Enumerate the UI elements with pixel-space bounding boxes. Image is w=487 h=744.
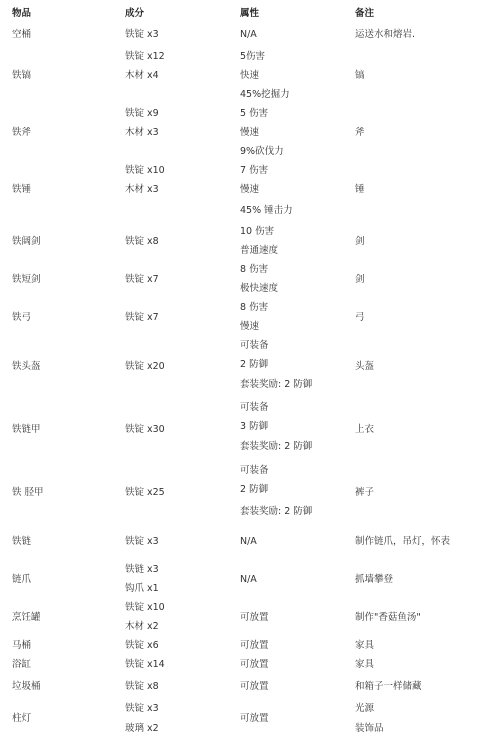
- property: 可装备: [240, 340, 269, 352]
- property: 普通速度: [240, 245, 278, 257]
- item-name: 铁短剑: [12, 274, 41, 286]
- ingredient: 铁锭 x6: [125, 640, 159, 652]
- note: 制作"香菇鱼汤": [355, 612, 421, 624]
- ingredient: 木材 x4: [125, 70, 159, 82]
- item-name: 空桶: [12, 29, 31, 41]
- property: 8 伤害: [240, 302, 268, 314]
- item-name: 铁头盔: [12, 361, 41, 373]
- property: 2 防御: [240, 359, 268, 371]
- ingredient: 木材 x3: [125, 127, 159, 139]
- ingredient: 铁锭 x10: [125, 165, 165, 177]
- property: 慢速: [240, 321, 259, 333]
- header-notes: 备注: [355, 8, 374, 20]
- note: 制作链爪，吊灯，怀表: [355, 536, 450, 548]
- property: 可放置: [240, 640, 269, 652]
- property: 2 防御: [240, 484, 268, 496]
- header-item: 物品: [12, 8, 31, 20]
- property: 45%挖掘力: [240, 89, 290, 101]
- note: 和箱子一样储藏: [355, 681, 422, 693]
- item-name: 铁镐: [12, 70, 31, 82]
- note: 斧: [355, 127, 365, 139]
- note: 运送水和熔岩.: [355, 29, 415, 41]
- property: 3 防御: [240, 421, 268, 433]
- property: 极快速度: [240, 283, 278, 295]
- header-properties: 属性: [240, 8, 259, 20]
- item-name: 浴缸: [12, 659, 31, 671]
- note: 头盔: [355, 361, 374, 373]
- item-name: 烹饪罐: [12, 612, 41, 624]
- ingredient: 铁锭 x10: [125, 602, 165, 614]
- property: 套装奖励: 2 防御: [240, 379, 312, 391]
- property: 套装奖励: 2 防御: [240, 506, 312, 518]
- item-name: 柱灯: [12, 713, 31, 725]
- property: 7 伤害: [240, 165, 268, 177]
- ingredient: 木材 x3: [125, 184, 159, 196]
- ingredient: 铁锭 x3: [125, 703, 159, 715]
- item-name: 铁锤: [12, 184, 31, 196]
- property: 8 伤害: [240, 264, 268, 276]
- ingredient: 铁锭 x9: [125, 108, 159, 120]
- ingredient: 铁锭 x8: [125, 236, 159, 248]
- property: 10 伤害: [240, 226, 274, 238]
- ingredient: 铁锭 x20: [125, 361, 165, 373]
- note: 家具: [355, 640, 374, 652]
- property: 慢速: [240, 184, 259, 196]
- property: 可放置: [240, 659, 269, 671]
- property: 9%砍伐力: [240, 146, 284, 158]
- item-name: 铁弓: [12, 312, 31, 324]
- ingredient: 玻璃 x2: [125, 723, 159, 735]
- ingredient: 铁锭 x7: [125, 274, 159, 286]
- ingredient: 铁锭 x14: [125, 659, 165, 671]
- item-name: 铁链: [12, 536, 31, 548]
- ingredient: 铁锭 x3: [125, 536, 159, 548]
- property: 套装奖励: 2 防御: [240, 441, 312, 453]
- crafting-table: 物品 成分 属性 备注 空桶 铁锭 x3 N/A 运送水和熔岩. 铁镐 铁锭 x…: [0, 0, 487, 744]
- property: 5 伤害: [240, 108, 268, 120]
- property: N/A: [240, 574, 257, 586]
- item-name: 铁斧: [12, 127, 31, 139]
- item-name: 垃圾桶: [12, 681, 41, 693]
- property: 可放置: [240, 681, 269, 693]
- ingredient: 铁锭 x12: [125, 51, 165, 63]
- note: 抓墙攀登: [355, 574, 393, 586]
- item-name: 铁链甲: [12, 424, 41, 436]
- ingredient: 铁锭 x3: [125, 29, 159, 41]
- item-name: 马桶: [12, 640, 31, 652]
- property: 快速: [240, 70, 259, 82]
- ingredient: 铁链 x3: [125, 564, 159, 576]
- ingredient: 铁锭 x30: [125, 424, 165, 436]
- ingredient: 木材 x2: [125, 621, 159, 633]
- item-name: 铁阔剑: [12, 236, 41, 248]
- property: N/A: [240, 536, 257, 548]
- note: 装饰品: [355, 723, 384, 735]
- item-name: 铁 胫甲: [12, 487, 44, 499]
- property: 可放置: [240, 713, 269, 725]
- note: 光源: [355, 703, 374, 715]
- property: 5伤害: [240, 51, 265, 63]
- note: 镐: [355, 70, 365, 82]
- property: 慢速: [240, 127, 259, 139]
- note: 裤子: [355, 487, 374, 499]
- property: 可装备: [240, 402, 269, 414]
- header-ingredients: 成分: [125, 8, 144, 20]
- property: 可放置: [240, 612, 269, 624]
- note: 剑: [355, 236, 365, 248]
- note: 锤: [355, 184, 365, 196]
- property: N/A: [240, 29, 257, 41]
- ingredient: 钩爪 x1: [125, 583, 159, 595]
- ingredient: 铁锭 x7: [125, 312, 159, 324]
- note: 上衣: [355, 424, 374, 436]
- item-name: 链爪: [12, 574, 31, 586]
- note: 剑: [355, 274, 365, 286]
- property: 45% 锤击力: [240, 205, 293, 217]
- property: 可装备: [240, 465, 269, 477]
- note: 家具: [355, 659, 374, 671]
- ingredient: 铁锭 x8: [125, 681, 159, 693]
- ingredient: 铁锭 x25: [125, 487, 165, 499]
- note: 弓: [355, 312, 365, 324]
